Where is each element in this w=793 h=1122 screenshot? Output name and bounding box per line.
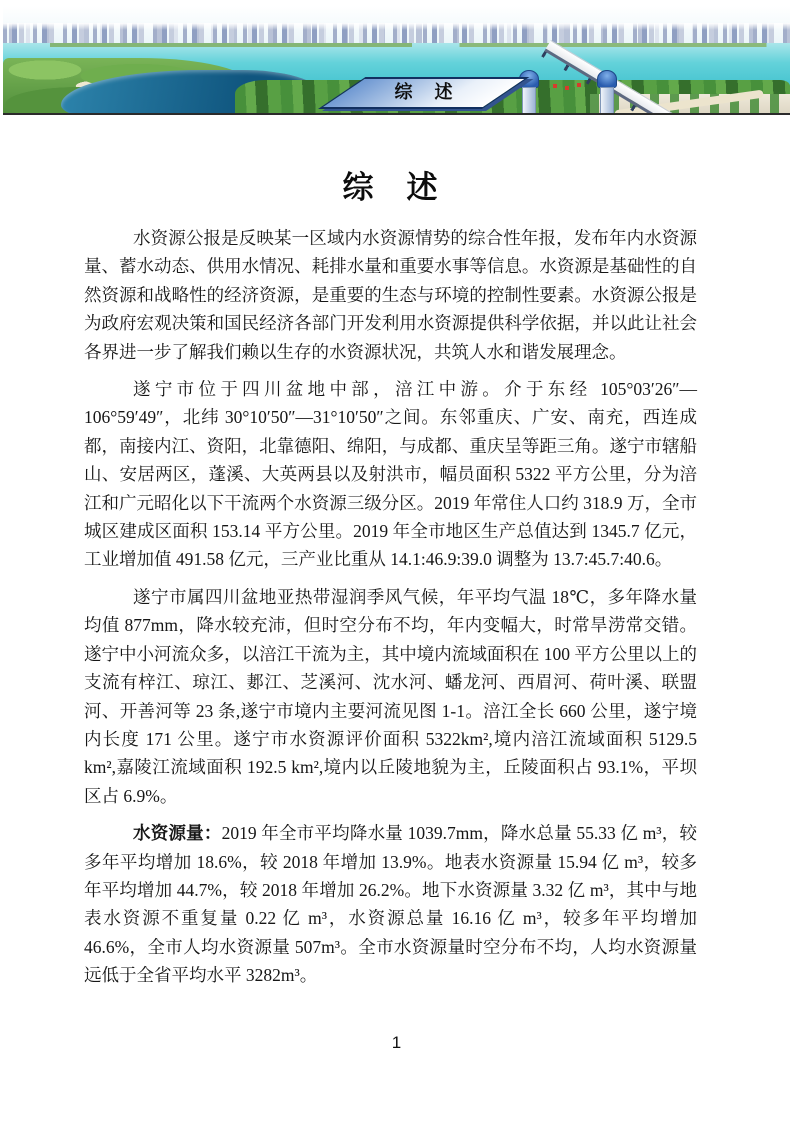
paragraph-text: 水资源公报是反映某一区域内水资源情势的综合性年报，发布年内水资源量、蓄水动态、供… bbox=[84, 228, 697, 362]
tower-shaft-shape bbox=[600, 87, 614, 115]
page-number: 1 bbox=[0, 1033, 793, 1053]
paragraph-lead: 水资源量： bbox=[133, 823, 222, 843]
paragraph-bulletin-intro: 水资源公报是反映某一区域内水资源情势的综合性年报，发布年内水资源量、蓄水动态、供… bbox=[84, 224, 697, 366]
tower-dome-shape bbox=[597, 70, 617, 88]
far-shore-shape bbox=[3, 43, 790, 47]
paragraph-text: 遂宁市属四川盆地亚热带湿润季风气候，年平均气温 18℃，多年降水量均值 877m… bbox=[84, 587, 697, 806]
dome-tower-icon bbox=[597, 70, 617, 115]
document-content: 综 述 水资源公报是反映某一区域内水资源情势的综合性年报，发布年内水资源量、蓄水… bbox=[84, 162, 697, 999]
section-banner-label: 综 述 bbox=[344, 79, 504, 106]
page-title: 综 述 bbox=[84, 162, 697, 207]
paragraph-text: 遂宁市位于四川盆地中部，涪江中游。介于东经 105°03′26″—106°59′… bbox=[84, 379, 697, 569]
paragraph-water-resources: 水资源量：2019 年全市平均降水量 1039.7mm，降水总量 55.33 亿… bbox=[84, 819, 697, 989]
tower-shaft-shape bbox=[522, 87, 536, 115]
document-page: 综 述 综 述 水资源公报是反映某一区域内水资源情势的综合性年报，发布年内水资源… bbox=[0, 0, 793, 1122]
paragraph-text: 2019 年全市平均降水量 1039.7mm，降水总量 55.33 亿 m³，较… bbox=[84, 823, 697, 985]
paragraph-climate-rivers: 遂宁市属四川盆地亚热带湿润季风气候，年平均气温 18℃，多年降水量均值 877m… bbox=[84, 583, 697, 810]
paragraph-geography: 遂宁市位于四川盆地中部，涪江中游。介于东经 105°03′26″—106°59′… bbox=[84, 375, 697, 574]
section-banner: 综 述 bbox=[318, 77, 529, 109]
sky-fade-shape bbox=[3, 23, 790, 30]
red-flags-icon bbox=[553, 84, 557, 88]
